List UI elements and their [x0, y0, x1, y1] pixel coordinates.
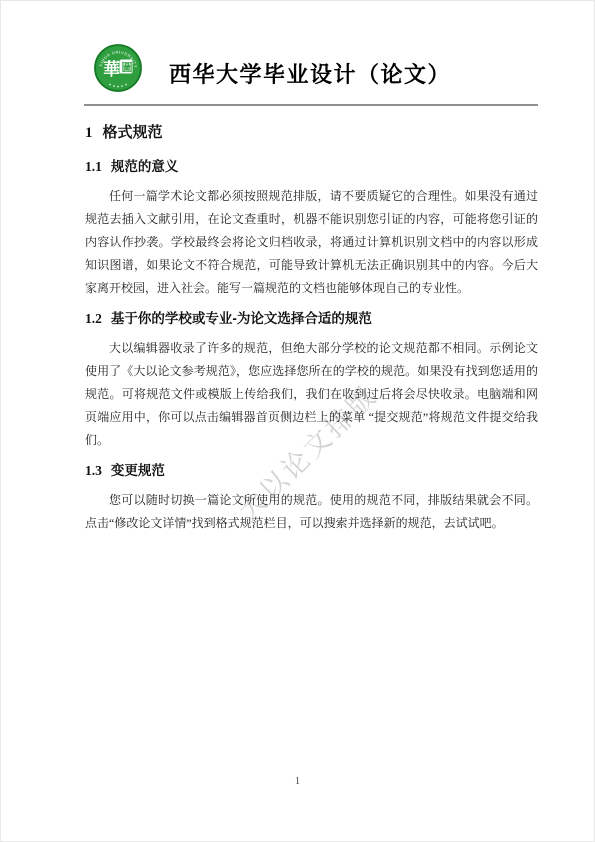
heading-1-2-title: 基于你的学校或专业-为论文选择合适的规范 [111, 311, 372, 326]
heading-1-2-number: 1.2 [85, 311, 102, 326]
heading-1-3-title: 变更规范 [111, 463, 165, 478]
heading-1-number: 1 [85, 125, 93, 141]
seal-right-char: 圖 [122, 60, 133, 74]
paragraph-1-2: 大以编辑器收录了许多的规范，但绝大部分学校的论文规范都不相同。示例论文使用了《大… [85, 337, 538, 452]
heading-1-1: 1.1规范的意义 [85, 158, 538, 176]
page-number: 1 [0, 776, 595, 787]
heading-1-2: 1.2基于你的学校或专业-为论文选择合适的规范 [85, 310, 538, 328]
paragraph-1-1: 任何一篇学术论文都必须按照规范排版，请不要质疑它的合理性。如果没有通过规范去插入… [85, 185, 538, 300]
heading-1: 1格式规范 [85, 124, 538, 142]
paragraph-1-3: 您可以随时切换一篇论文所使用的规范。使用的规范不同，排版结果就会不同。点击“修改… [85, 489, 538, 535]
seal-left-char: 華 [103, 59, 120, 79]
heading-1-3-number: 1.3 [85, 463, 102, 478]
document-body: 1格式规范 1.1规范的意义 任何一篇学术论文都必须按照规范排版，请不要质疑它的… [85, 124, 538, 545]
document-title: 西华大学毕业设计（论文） [169, 58, 451, 89]
university-seal-icon: XIHUA UNIVERSITY 華 圖 [94, 44, 142, 92]
heading-1-1-number: 1.1 [85, 159, 102, 174]
university-seal-logo: XIHUA UNIVERSITY 華 圖 [94, 44, 142, 92]
header-rule [84, 104, 538, 106]
heading-1-1-title: 规范的意义 [111, 159, 179, 174]
document-page: 大以论文排版 XIHUA UNIVERSITY 華 圖 西华大学毕业设计（论文）… [0, 0, 595, 842]
heading-1-3: 1.3变更规范 [85, 462, 538, 480]
heading-1-title: 格式规范 [103, 124, 163, 141]
